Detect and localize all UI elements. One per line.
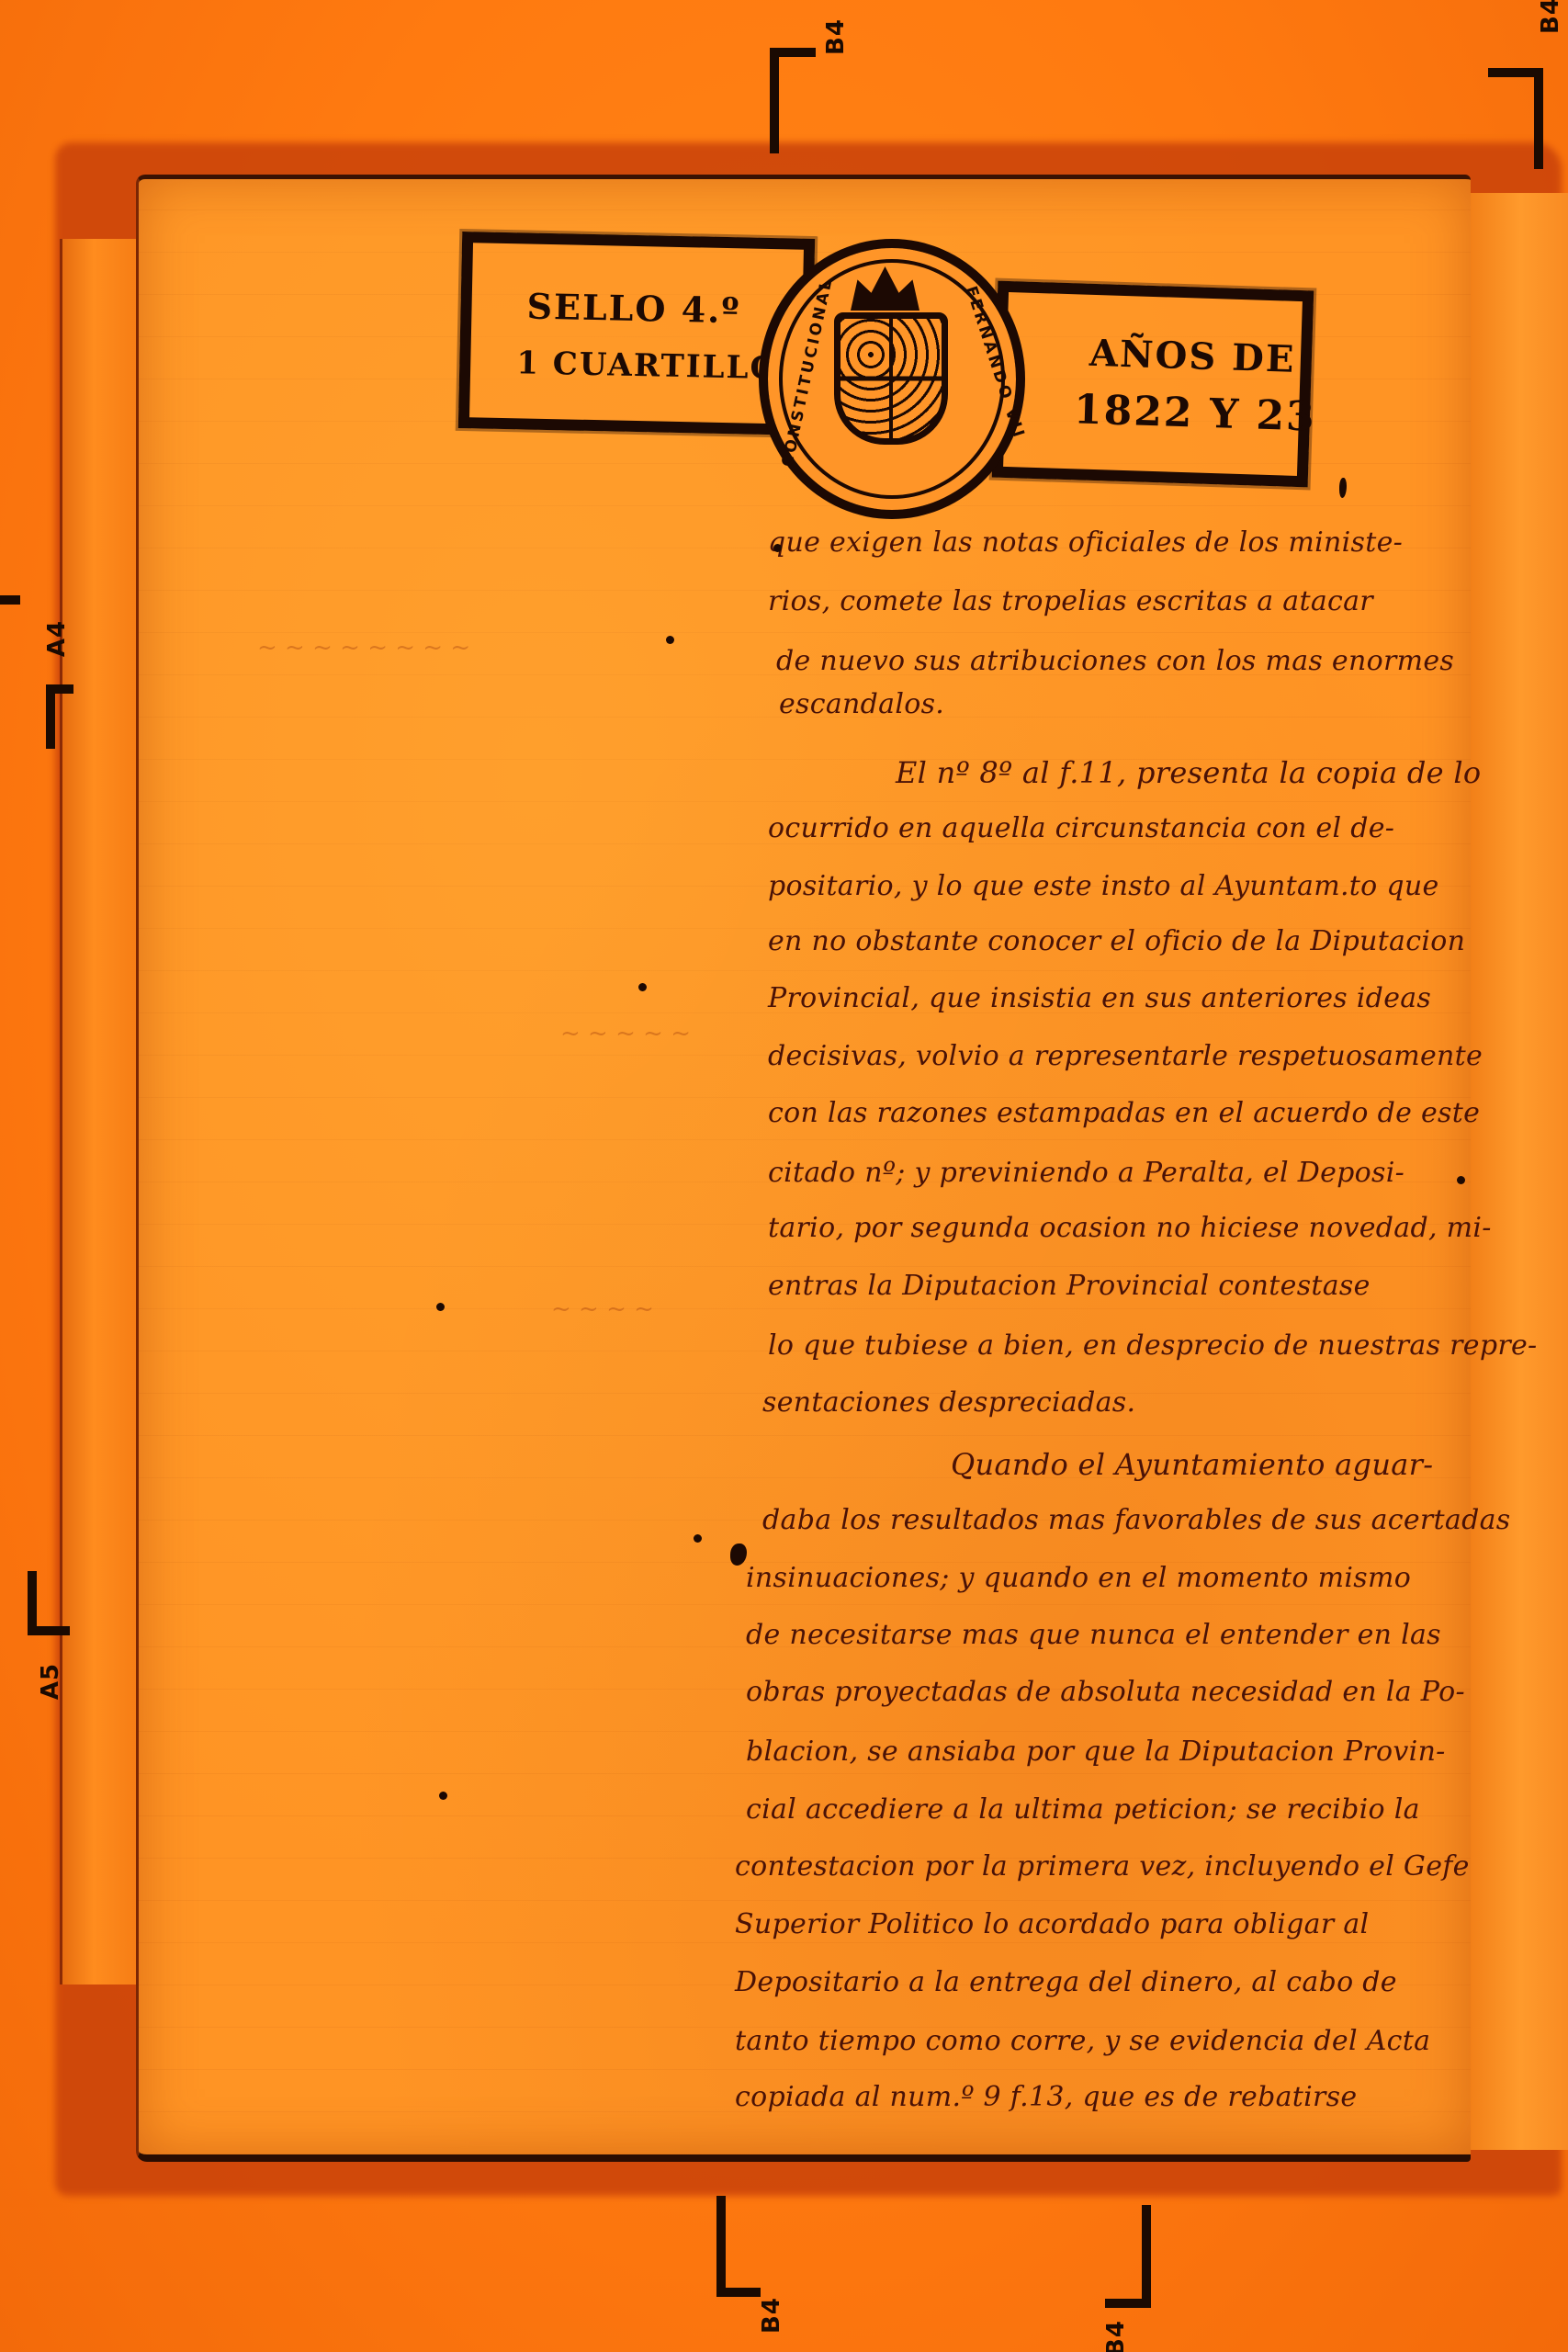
manuscript-line: daba los resultados mas favorables de su… <box>762 1507 1470 1534</box>
manuscript-line: lo que tubiese a bien, en desprecio de n… <box>768 1332 1475 1360</box>
ink-dot <box>436 1303 445 1311</box>
manuscript-line: con las razones estampadas en el acuerdo… <box>768 1100 1475 1127</box>
manuscript-line: escandalos. <box>779 691 1486 718</box>
crop-mark-left-edge <box>0 595 20 605</box>
ink-dot <box>773 544 782 552</box>
ink-dot <box>666 636 674 644</box>
manuscript-line: obras proyectadas de absoluta necesidad … <box>746 1679 1453 1706</box>
stamp-sello-text: SELLO 4.º <box>526 285 741 331</box>
crop-mark-top-left <box>770 48 816 153</box>
manuscript-line: copiada al num.º 9 f.13, que es de rebat… <box>735 2084 1442 2111</box>
stamp-years-text: 1822 Y 23 <box>1073 386 1316 440</box>
manuscript-line: entras la Diputacion Provincial contesta… <box>768 1272 1475 1300</box>
manuscript-line: tario, por segunda ocasion no hiciese no… <box>768 1215 1475 1242</box>
facing-page-edge <box>1468 193 1568 2150</box>
seal-ring-left-text: CONSTITUCIONAL <box>778 276 836 469</box>
ink-dot <box>1457 1176 1465 1184</box>
manuscript-line: citado nº; y previniendo a Peralta, el D… <box>768 1159 1475 1187</box>
manuscript-line: positario, y lo que este insto al Ayunta… <box>768 873 1475 900</box>
manuscript-line: Depositario a la entrega del dinero, al … <box>735 1969 1442 1996</box>
ink-dot <box>694 1534 702 1543</box>
crown-icon <box>851 266 919 311</box>
manuscript-line: sentaciones despreciadas. <box>762 1389 1470 1417</box>
manuscript-line: El nº 8º al f.11, presenta la copia de l… <box>896 758 1568 787</box>
crop-mark-left-upper <box>46 684 73 749</box>
ink-dot <box>638 983 647 991</box>
crop-mark-bottom-left <box>716 2196 761 2297</box>
manuscript-line: tanto tiempo como corre, y se evidencia … <box>735 2028 1442 2055</box>
crop-mark-bottom-right <box>1105 2205 1151 2308</box>
manuscript-line: blacion, se ansiaba por que la Diputacio… <box>746 1738 1453 1766</box>
stamp-anos-text: AÑOS DE <box>1089 332 1296 381</box>
manuscript-line: Quando el Ayuntamiento aguar- <box>951 1450 1568 1479</box>
coat-of-arms-icon <box>834 312 948 445</box>
ink-dot <box>439 1792 447 1800</box>
manuscript-line: cial accediere a la ultima peticion; se … <box>746 1796 1453 1824</box>
bleed-through-text: ~ ~ ~ ~ <box>551 1295 654 1323</box>
manuscript-line: decisivas, volvio a representarle respet… <box>768 1043 1475 1070</box>
manuscript-line: insinuaciones; y quando en el momento mi… <box>746 1565 1453 1592</box>
stamp-right-band: AÑOS DE 1822 Y 23 <box>992 281 1314 488</box>
crop-mark-left-lower <box>28 1571 70 1635</box>
tax-stamp: SELLO 4.º 1 CUARTILLO AÑOS DE 1822 Y 23 … <box>453 226 1321 502</box>
manuscript-line: rios, comete las tropelias escritas a at… <box>768 588 1475 616</box>
crop-label-top-left: B4 <box>822 18 850 55</box>
crop-label-top-right: B4 <box>1537 0 1564 34</box>
bleed-through-text: ~ ~ ~ ~ ~ <box>560 1020 691 1047</box>
crop-label-bottom-right: B4 <box>1102 2320 1130 2352</box>
crop-label-left-lower: A5 <box>37 1663 64 1700</box>
manuscript-line: que exigen las notas oficiales de los mi… <box>768 529 1475 557</box>
underlying-page-edge <box>60 239 144 1984</box>
manuscript-line: de nuevo sus atribuciones con los mas en… <box>776 648 1483 675</box>
stamp-cuartillo-text: 1 CUARTILLO <box>516 345 780 387</box>
manuscript-line: de necesitarse mas que nunca el entender… <box>746 1622 1453 1649</box>
royal-seal: CONSTITUCIONAL FERNANDO VII <box>759 239 1025 519</box>
crop-label-bottom-left: B4 <box>758 2297 785 2334</box>
bleed-through-text: ~ ~ ~ ~ ~ ~ ~ ~ <box>257 634 470 661</box>
crop-label-left-upper: A4 <box>43 620 71 657</box>
manuscript-line: contestacion por la primera vez, incluye… <box>735 1853 1442 1881</box>
manuscript-line: Provincial, que insistia en sus anterior… <box>768 985 1475 1012</box>
manuscript-line: Superior Politico lo acordado para oblig… <box>735 1911 1442 1939</box>
crop-mark-top-right <box>1488 68 1543 169</box>
manuscript-line: ocurrido en aquella circunstancia con el… <box>768 815 1475 842</box>
manuscript-line: en no obstante conocer el oficio de la D… <box>768 928 1475 955</box>
